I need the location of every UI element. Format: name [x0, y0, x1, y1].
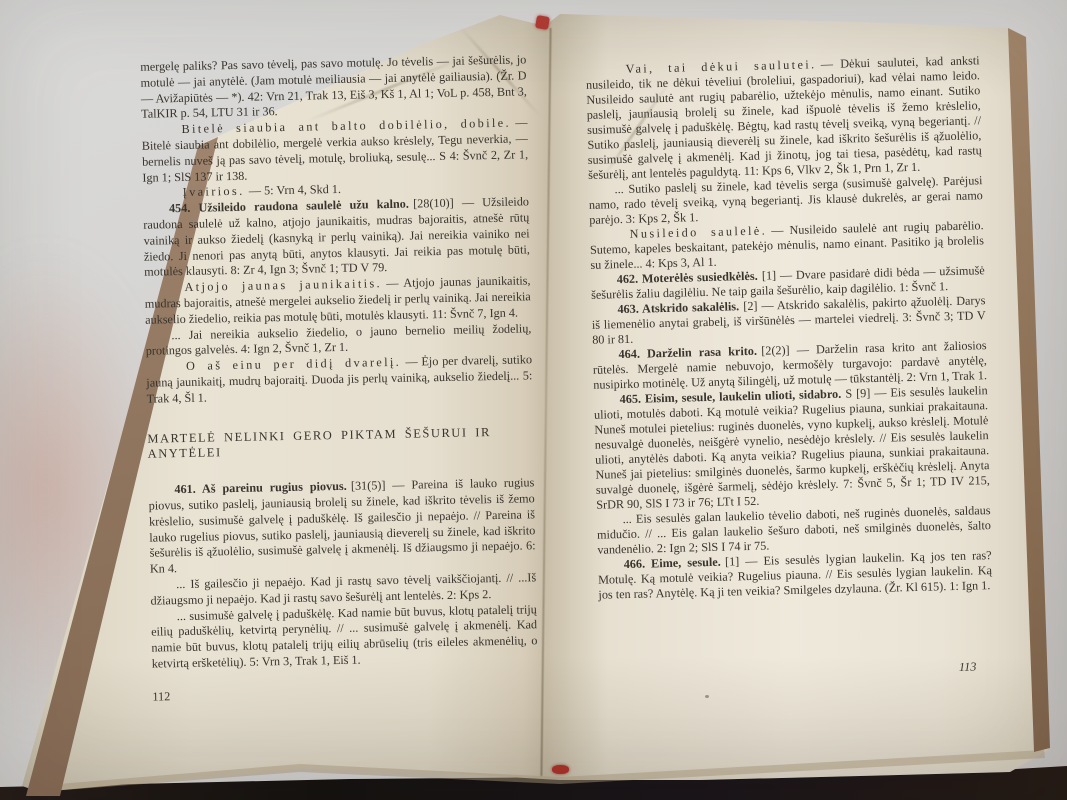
paragraph: 461. Aš pareinu rugius piovus.[31(5)] — … — [148, 475, 536, 577]
book-photo: mergelę paliks? Pas savo tėvelį, pas sav… — [0, 0, 1067, 800]
paragraph-lead: O aš einu per didį dvarelį. — [186, 355, 401, 373]
paragraph-lead: 463. Atskrido sakalėlis. — [617, 299, 739, 316]
red-cover-accent-bottom — [552, 765, 569, 774]
paragraph-lead: Atjojo jaunas jaunikaitis. — [184, 276, 382, 294]
page-left: mergelę paliks? Pas savo tėvelį, pas sav… — [140, 52, 538, 672]
paragraph-text: ... Iš gailesčio ji nepaėjo. Kad ji rast… — [150, 570, 536, 607]
page-number-right: 113 — [959, 660, 977, 675]
paragraph-lead: 461. Aš pareinu rugius piovus. — [174, 479, 347, 496]
paragraph-lead: 466. Eime, sesule. — [624, 555, 721, 571]
paragraph: 465. Eisim, sesule, laukelin ulioti, sid… — [594, 383, 991, 513]
dust-speck — [705, 695, 709, 698]
paragraph: 466. Eime, sesule.[1] — Eis sesulės lygi… — [598, 548, 993, 603]
paragraph: O aš einu per didį dvarelį.— Ėjo per dva… — [146, 352, 533, 407]
paragraph: ... susimušė galvelę į paduškėlę. Kad na… — [151, 602, 538, 673]
paragraph-text: — 5: Vrn 4, Skd 1. — [249, 182, 341, 198]
paragraph-text: ... susimušė galvelę į paduškėlę. Kad na… — [151, 602, 538, 671]
page-right: Vai, tai dėkui saulutei.— Dėkui saulutei… — [585, 53, 992, 602]
paragraph: 454. Užsileido raudona saulelė užu kalno… — [143, 194, 530, 280]
paragraph: Atjojo jaunas jaunikaitis.— Atjojo jauna… — [144, 273, 531, 328]
page-number-left: 112 — [152, 689, 170, 705]
section-heading: MARTELĖ NELINKI GERO PIKTAM ŠEŠURUI IR A… — [147, 424, 534, 463]
paragraph-text: ... Jai nereikia aukselio žiedelio, o ja… — [146, 321, 532, 358]
paragraph: Vai, tai dėkui saulutei.— Dėkui saulutei… — [585, 53, 982, 183]
paragraph: mergelę paliks? Pas savo tėvelį, pas sav… — [140, 52, 527, 123]
paragraph-text: mergelę paliks? Pas savo tėvelį, pas sav… — [140, 52, 527, 121]
paragraph: Bitelė siaubia ant balto dobilėlio, dobi… — [141, 116, 528, 187]
red-cover-accent-top — [535, 15, 550, 30]
paragraph-lead: Įvairios. — [183, 184, 245, 199]
